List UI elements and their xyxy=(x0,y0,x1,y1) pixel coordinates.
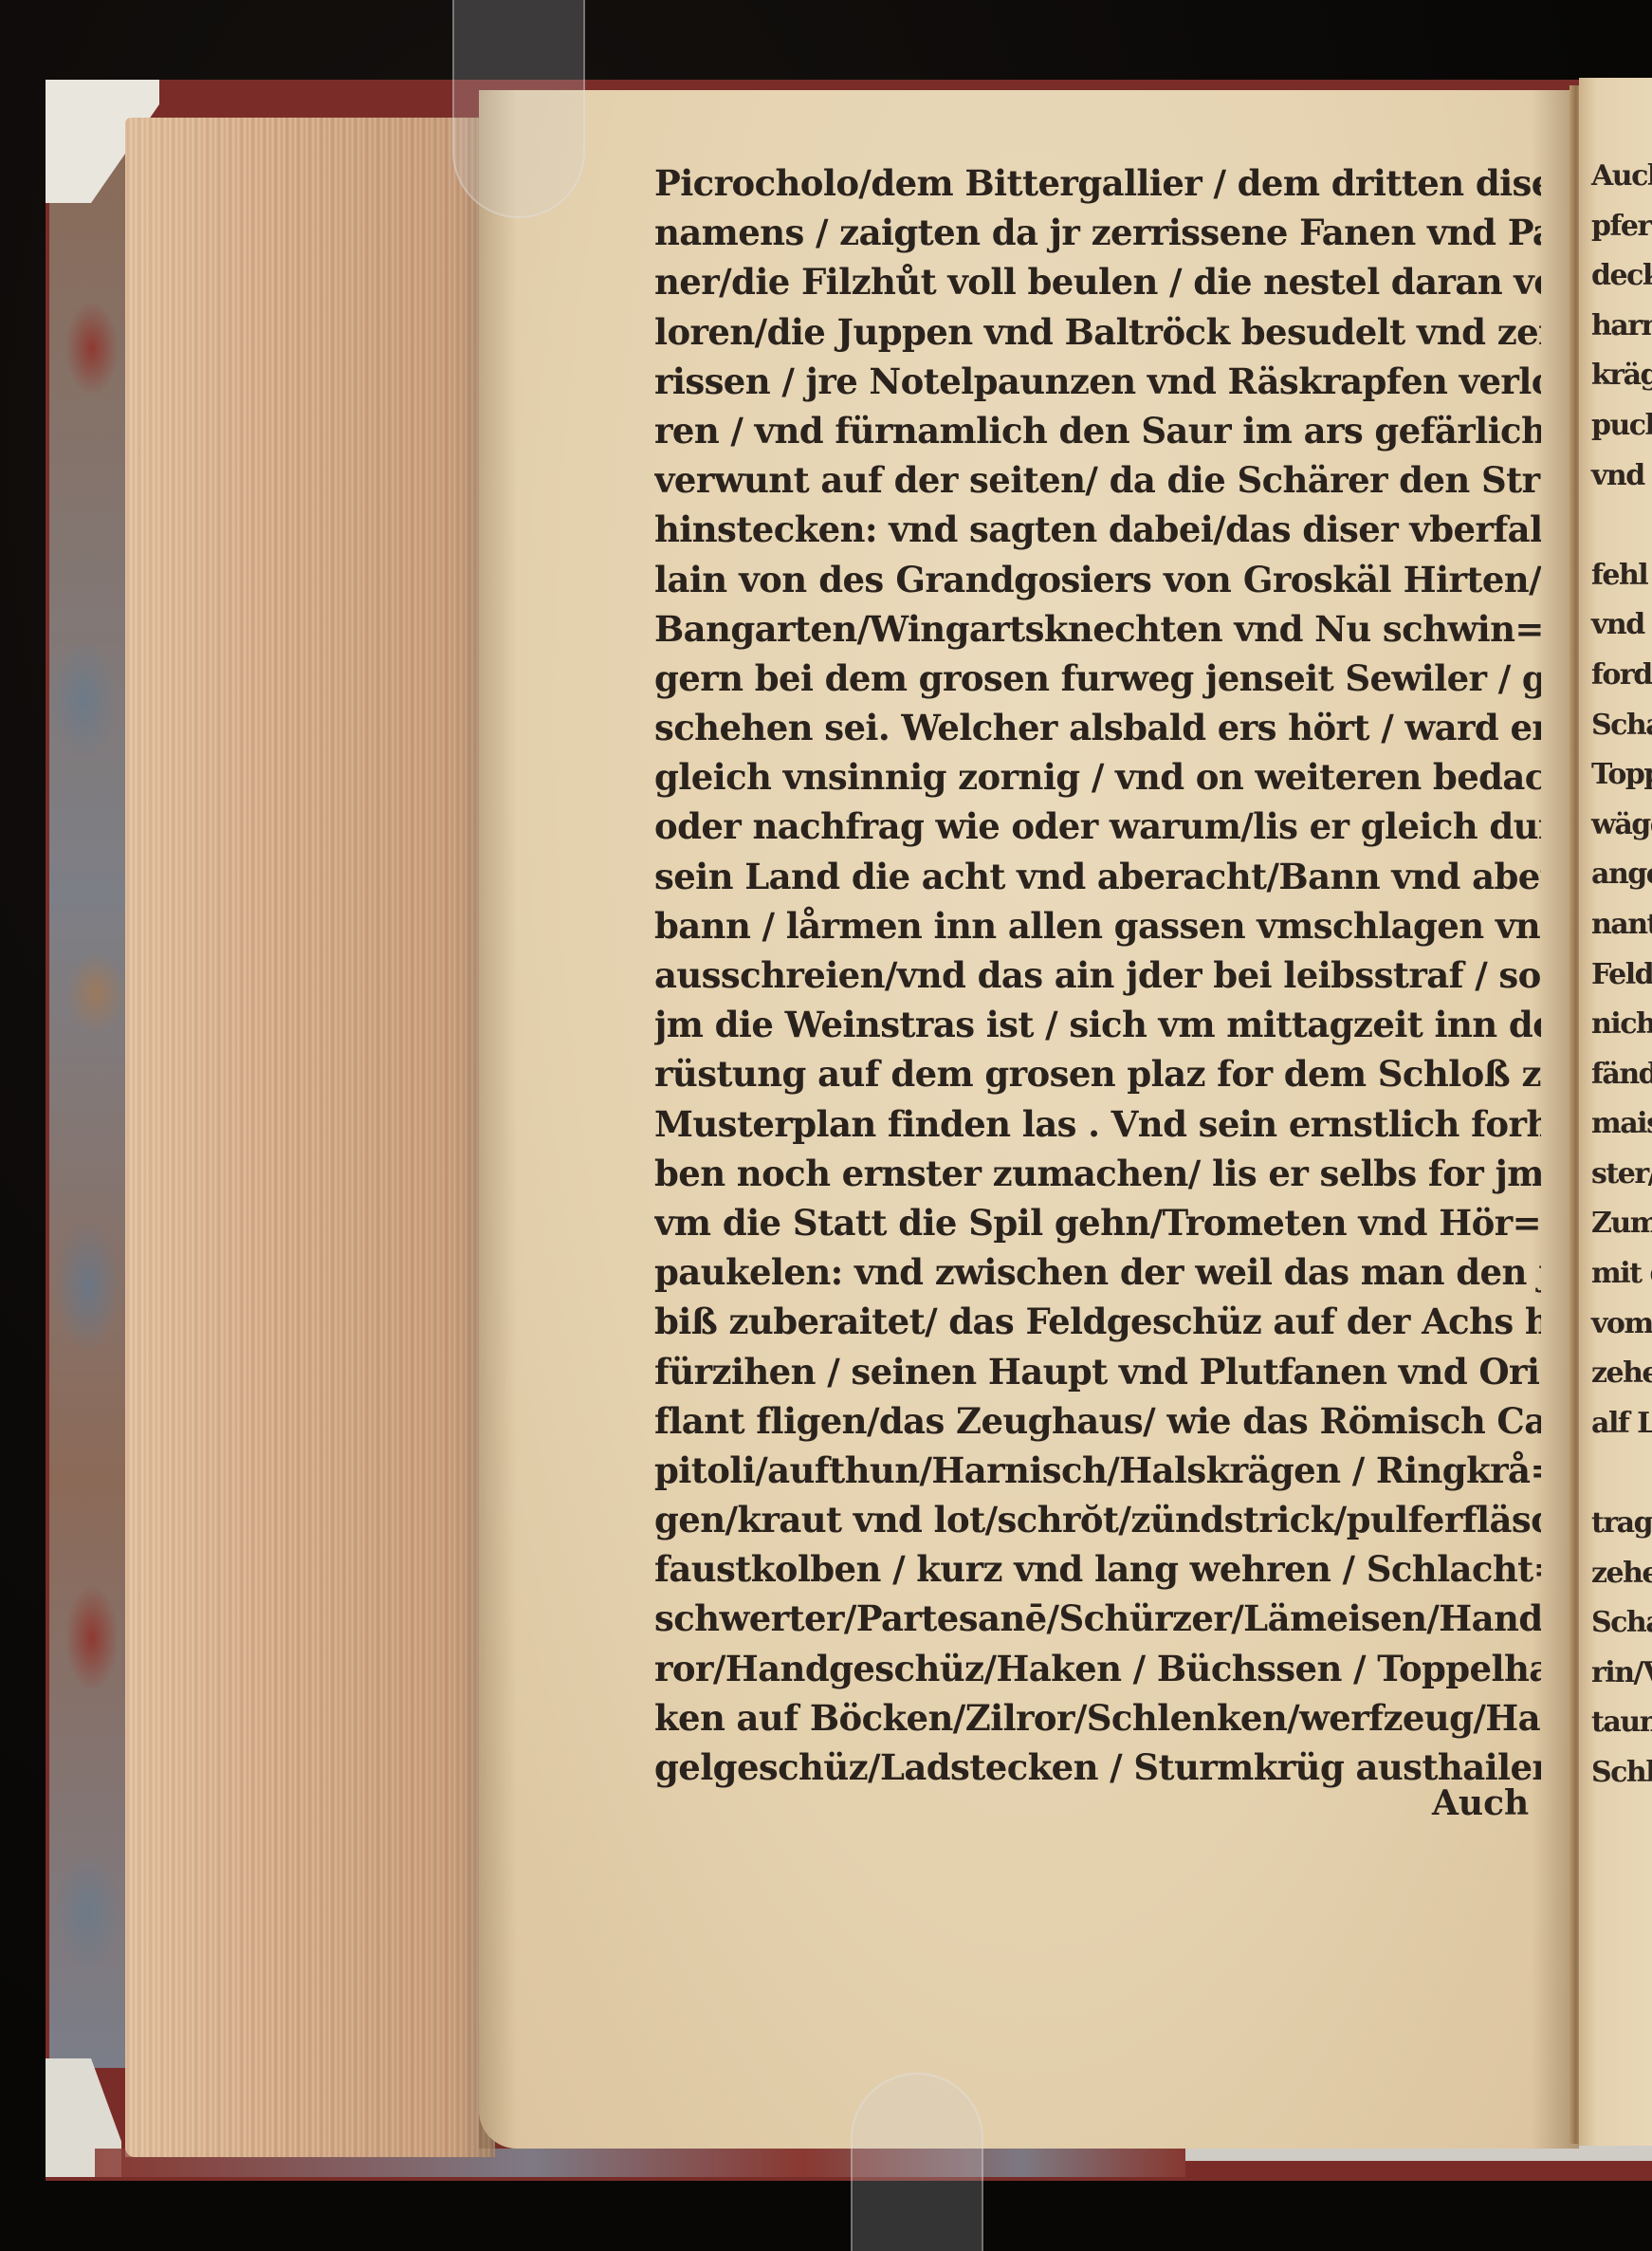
text-line: paukelen: vnd zwischen der weil das man … xyxy=(654,1247,1541,1297)
text-line: gleich vnsinnig zornig / vnd on weiteren… xyxy=(654,752,1541,802)
text-line: loren/die Juppen vnd Baltröck besudelt v… xyxy=(654,307,1541,357)
facing-text-line: ster/ xyxy=(1591,1150,1652,1200)
facing-text-line: nicht z xyxy=(1591,1000,1652,1050)
facing-text-line: Feldm xyxy=(1591,950,1652,1001)
facing-text-line: Topp xyxy=(1591,750,1652,801)
text-line: fürzihen / seinen Haupt vnd Plutfanen vn… xyxy=(654,1347,1541,1396)
facing-text-line: maist xyxy=(1591,1099,1652,1150)
facing-text-line: wäge xyxy=(1591,801,1652,851)
facing-text-line: vnd v xyxy=(1591,600,1652,651)
fore-edge-page-block xyxy=(125,118,495,2157)
facing-text-line: zehen xyxy=(1591,1549,1652,1599)
facing-text-line xyxy=(1591,501,1652,551)
text-line: gen/kraut vnd lot/schrŏt/zündstrick/pulf… xyxy=(654,1495,1541,1544)
facing-text-line: harnis xyxy=(1591,302,1652,352)
text-line: Bangarten/Wingartsknechten vnd Nu schwin… xyxy=(654,604,1541,654)
facing-text-line: zehen xyxy=(1591,1349,1652,1399)
catchword: Auch xyxy=(1432,1783,1529,1823)
text-line: verwunt auf der seiten/ da die Schärer d… xyxy=(654,455,1541,505)
facing-text-line xyxy=(1591,1448,1652,1499)
facing-text-line: rin/V xyxy=(1591,1649,1652,1699)
facing-text-line: nant d xyxy=(1591,900,1652,950)
text-line: rüstung auf dem grosen plaz for dem Schl… xyxy=(654,1049,1541,1098)
text-line: gern bei dem grosen furweg jenseit Sewil… xyxy=(654,654,1541,703)
facing-text-line: fehl v xyxy=(1591,551,1652,601)
book-scan: Picrocholo/dem Bittergallier / dem dritt… xyxy=(0,0,1652,2251)
facing-recto-page: Auch pferde deckt s harnis kräge pucke v… xyxy=(1579,78,1652,2146)
text-line: ner/die Filzhůt voll beulen / die nestel… xyxy=(654,257,1541,306)
facing-text-line: vom xyxy=(1591,1300,1652,1350)
verso-page: Picrocholo/dem Bittergallier / dem dritt… xyxy=(479,90,1579,2149)
facing-text-line: pucke xyxy=(1591,401,1652,452)
text-line: schwerter/Partesanē/Schürzer/Lämeisen/Ha… xyxy=(654,1594,1541,1643)
text-line: flant fligen/das Zeughaus/ wie das Römis… xyxy=(654,1396,1541,1446)
facing-text-line: taune xyxy=(1591,1698,1652,1748)
text-line: sein Land die acht vnd aberacht/Bann vnd… xyxy=(654,852,1541,901)
text-line: ken auf Böcken/Zilror/Schlenken/werfzeug… xyxy=(654,1693,1541,1743)
text-line: oder nachfrag wie oder warum/lis er glei… xyxy=(654,802,1541,851)
facing-text-line: fände xyxy=(1591,1050,1652,1100)
facing-text-line: Auch xyxy=(1591,152,1652,202)
page-shadow-left xyxy=(479,90,517,2149)
plastic-page-clip-top xyxy=(452,0,585,218)
text-line: lain von des Grandgosiers von Groskäl Hi… xyxy=(654,555,1541,604)
facing-text-line: kräge xyxy=(1591,351,1652,401)
text-line: jm die Weinstras ist / sich vm mittagzei… xyxy=(654,1000,1541,1049)
text-line: hinstecken: vnd sagten dabei/das diser v… xyxy=(654,505,1541,554)
facing-text-line: vnd v xyxy=(1591,452,1652,502)
text-line: bann / lårmen inn allen gassen vmschlage… xyxy=(654,901,1541,950)
facing-text-line: pferde xyxy=(1591,202,1652,252)
text-line: ren / vnd fürnamlich den Saur im ars gef… xyxy=(654,406,1541,455)
text-line: vm die Statt die Spil gehn/Trometen vnd … xyxy=(654,1198,1541,1247)
text-line: ben noch ernster zumachen/ lis er selbs … xyxy=(654,1149,1541,1198)
marbled-endpaper xyxy=(49,114,135,2068)
text-line: Picrocholo/dem Bittergallier / dem dritt… xyxy=(654,158,1541,208)
facing-text-line: Zum xyxy=(1591,1199,1652,1249)
facing-text-line: mit d xyxy=(1591,1249,1652,1300)
text-line: faustkolben / kurz vnd lang wehren / Sch… xyxy=(654,1544,1541,1594)
text-line: rissen / jre Notelpaunzen vnd Räskrapfen… xyxy=(654,357,1541,406)
text-line: Musterplan finden las . Vnd sein ernstli… xyxy=(654,1099,1541,1149)
text-line: ausschreien/vnd das ain jder bei leibsst… xyxy=(654,950,1541,1000)
facing-page-text: Auch pferde deckt s harnis kräge pucke v… xyxy=(1591,152,1652,1799)
facing-text-line: forder xyxy=(1591,651,1652,701)
text-line: biß zuberaitet/ das Feldgeschüz auf der … xyxy=(654,1297,1541,1346)
text-line: schehen sei. Welcher alsbald ers hört / … xyxy=(654,703,1541,752)
facing-text-line: angeh xyxy=(1591,850,1652,900)
text-line: pitoli/aufthun/Harnisch/Halskrägen / Rin… xyxy=(654,1446,1541,1495)
facing-text-line: Scha xyxy=(1591,1598,1652,1649)
text-line: ror/Handgeschüz/Haken / Büchssen / Toppe… xyxy=(654,1644,1541,1693)
text-line: namens / zaigten da jr zerrissene Fanen … xyxy=(654,208,1541,257)
text-line: gelgeschüz/Ladstecken / Sturmkrüg austha… xyxy=(654,1743,1541,1792)
facing-text-line: deckt s xyxy=(1591,251,1652,302)
plastic-page-clip-bottom xyxy=(851,2073,983,2251)
facing-text-line: Scha xyxy=(1591,701,1652,751)
facing-text-line: Schla xyxy=(1591,1748,1652,1799)
page-block-sheen xyxy=(125,118,495,2157)
facing-text-line: trage xyxy=(1591,1499,1652,1549)
main-text-block: Picrocholo/dem Bittergallier / dem dritt… xyxy=(654,158,1541,1792)
facing-text-line: alf La xyxy=(1591,1399,1652,1449)
